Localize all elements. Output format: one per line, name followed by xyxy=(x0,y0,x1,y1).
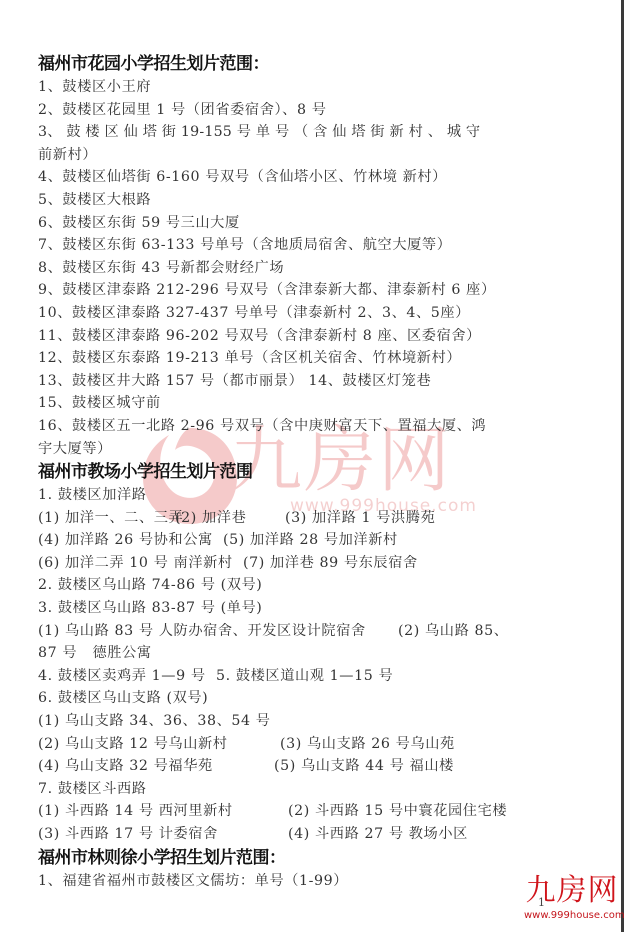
list-item-text: (5) 乌山支路 44 号 福山楼 xyxy=(274,755,454,778)
list-item: 9、鼓楼区津泰路 212-296 号双号（含津泰新大都、津泰新村 6 座） xyxy=(38,279,558,302)
list-item: 4. 鼓楼区卖鸡弄 1—9 号5. 鼓楼区道山观 1—15 号 xyxy=(38,665,558,688)
list-item-text: (1) 斗西路 14 号 西河里新村 xyxy=(38,800,288,823)
list-item: 12、鼓楼区东泰路 19-213 单号（含区机关宿舍、竹林境新村） xyxy=(38,347,558,370)
section-heading-huayuan: 福州市花园小学招生划片范围： xyxy=(38,52,558,76)
list-item: 10、鼓楼区津泰路 327-437 号单号（津泰新村 2、3、4、5座） xyxy=(38,302,558,325)
list-item: 宇大厦等） xyxy=(38,438,558,461)
list-item-text: (2) 斗西路 15 号中寰花园住宅楼 xyxy=(288,800,507,823)
list-item: 6. 鼓楼区乌山支路 (双号) xyxy=(38,687,558,710)
list-item: 1、鼓楼区小王府 xyxy=(38,76,558,99)
list-item-text: 3. 鼓楼区乌山路 83-87 号 (单号) xyxy=(38,600,262,616)
list-item: 1、福建省福州市鼓楼区文儒坊：单号（1-99） xyxy=(38,870,558,893)
corner-logo-text: 九房网 xyxy=(524,874,620,908)
list-item-text: (4) 乌山支路 32 号福华苑 xyxy=(38,755,274,778)
corner-logo: 九房网 www.999house.com xyxy=(524,874,620,926)
list-item: (1) 乌山路 83 号 人防办宿舍、开发区设计院宿舍(2) 乌山路 85、 xyxy=(38,620,558,643)
list-item-text: 87 号 德胜公寓 xyxy=(38,645,152,661)
document-page: 九房网 www.999house.com 福州市花园小学招生划片范围： 1、鼓楼… xyxy=(0,0,625,932)
list-item-text: 6. 鼓楼区乌山支路 (双号) xyxy=(38,690,208,706)
list-item: (1) 斗西路 14 号 西河里新村(2) 斗西路 15 号中寰花园住宅楼 xyxy=(38,800,558,823)
list-item: (1) 加洋一、二、三弄(2) 加洋巷(3) 加洋路 1 号洪腾苑 xyxy=(38,507,558,530)
list-item: 前新村） xyxy=(38,144,558,167)
list-item-text: (1) 加洋一、二、三弄 xyxy=(38,507,175,530)
list-item-text: (1) 乌山支路 34、36、38、54 号 xyxy=(38,713,271,729)
list-item-text: (6) 加洋二弄 10 号 南洋新村 xyxy=(38,552,243,575)
list-item-text: (7) 加洋巷 89 号东辰宿舍 xyxy=(243,552,418,575)
document-content: 福州市花园小学招生划片范围： 1、鼓楼区小王府 2、鼓楼区花园里 1 号（团省委… xyxy=(38,52,558,892)
list-item: (3) 斗西路 17 号 计委宿舍(4) 斗西路 27 号 教场小区 xyxy=(38,823,558,846)
list-item: 2. 鼓楼区乌山路 74-86 号 (双号) xyxy=(38,574,558,597)
list-item-text: (4) 加洋路 26 号协和公寓 xyxy=(38,529,223,552)
list-item-text: 1. 鼓楼区加洋路 xyxy=(38,487,147,503)
list-item-text: (3) 斗西路 17 号 计委宿舍 xyxy=(38,823,288,846)
list-item: (2) 乌山支路 12 号乌山新村(3) 乌山支路 26 号乌山苑 xyxy=(38,733,558,756)
list-item-text: (2) 乌山路 85、 xyxy=(398,620,509,643)
list-item: (6) 加洋二弄 10 号 南洋新村(7) 加洋巷 89 号东辰宿舍 xyxy=(38,552,558,575)
list-item: 11、鼓楼区津泰路 96-202 号双号（含津泰新村 8 座、区委宿舍） xyxy=(38,325,558,348)
list-item-text: (4) 斗西路 27 号 教场小区 xyxy=(288,823,468,846)
list-item: (1) 乌山支路 34、36、38、54 号 xyxy=(38,710,558,733)
list-item-text: 5. 鼓楼区道山观 1—15 号 xyxy=(216,665,393,688)
list-item: 16、鼓楼区五一北路 2-96 号双号（含中庚财富天下、置福大厦、鸿 xyxy=(38,415,558,438)
list-item: 6、鼓楼区东街 59 号三山大厦 xyxy=(38,212,558,235)
list-item: 13、鼓楼区井大路 157 号（都市丽景） 14、鼓楼区灯笼巷 xyxy=(38,370,558,393)
list-item-text: (2) 乌山支路 12 号乌山新村 xyxy=(38,733,280,756)
list-item-text: (2) 加洋巷 xyxy=(175,507,285,530)
list-item: 7. 鼓楼区斗西路 xyxy=(38,778,558,801)
list-item: (4) 乌山支路 32 号福华苑(5) 乌山支路 44 号 福山楼 xyxy=(38,755,558,778)
list-item: 2、鼓楼区花园里 1 号（团省委宿舍）、8 号 xyxy=(38,99,558,122)
list-item: 15、鼓楼区城守前 xyxy=(38,392,558,415)
list-item: (4) 加洋路 26 号协和公寓(5) 加洋路 28 号加洋新村 xyxy=(38,529,558,552)
list-item: 4、鼓楼区仙塔街 6-160 号双号（含仙塔小区、竹林境 新村） xyxy=(38,166,558,189)
list-item-text: (3) 加洋路 1 号洪腾苑 xyxy=(285,507,435,530)
list-item-text: (3) 乌山支路 26 号乌山苑 xyxy=(280,733,455,756)
corner-logo-url: www.999house.com xyxy=(524,910,620,921)
section-heading-jiaochang: 福州市教场小学招生划片范围 xyxy=(38,460,558,484)
list-item-text: (5) 加洋路 28 号加洋新村 xyxy=(223,529,398,552)
list-item-text: 4. 鼓楼区卖鸡弄 1—9 号 xyxy=(38,665,216,688)
list-item-text: (1) 乌山路 83 号 人防办宿舍、开发区设计院宿舍 xyxy=(38,620,398,643)
list-item: 5、鼓楼区大根路 xyxy=(38,189,558,212)
page-edge-border xyxy=(621,0,624,932)
list-item: 87 号 德胜公寓 xyxy=(38,642,558,665)
list-item: 1. 鼓楼区加洋路 xyxy=(38,484,558,507)
section-heading-linzexu: 福州市林则徐小学招生划片范围： xyxy=(38,846,558,870)
list-item-text: 2. 鼓楼区乌山路 74-86 号 (双号) xyxy=(38,577,262,593)
list-item: 7、鼓楼区东街 63-133 号单号（含地质局宿舍、航空大厦等） xyxy=(38,234,558,257)
list-item: 3、 鼓 楼 区 仙 塔 街 19-155 号 单 号 （ 含 仙 塔 街 新 … xyxy=(38,121,558,144)
list-item: 8、鼓楼区东街 43 号新都会财经广场 xyxy=(38,257,558,280)
list-item: 3. 鼓楼区乌山路 83-87 号 (单号) xyxy=(38,597,558,620)
list-item-text: 7. 鼓楼区斗西路 xyxy=(38,781,147,797)
